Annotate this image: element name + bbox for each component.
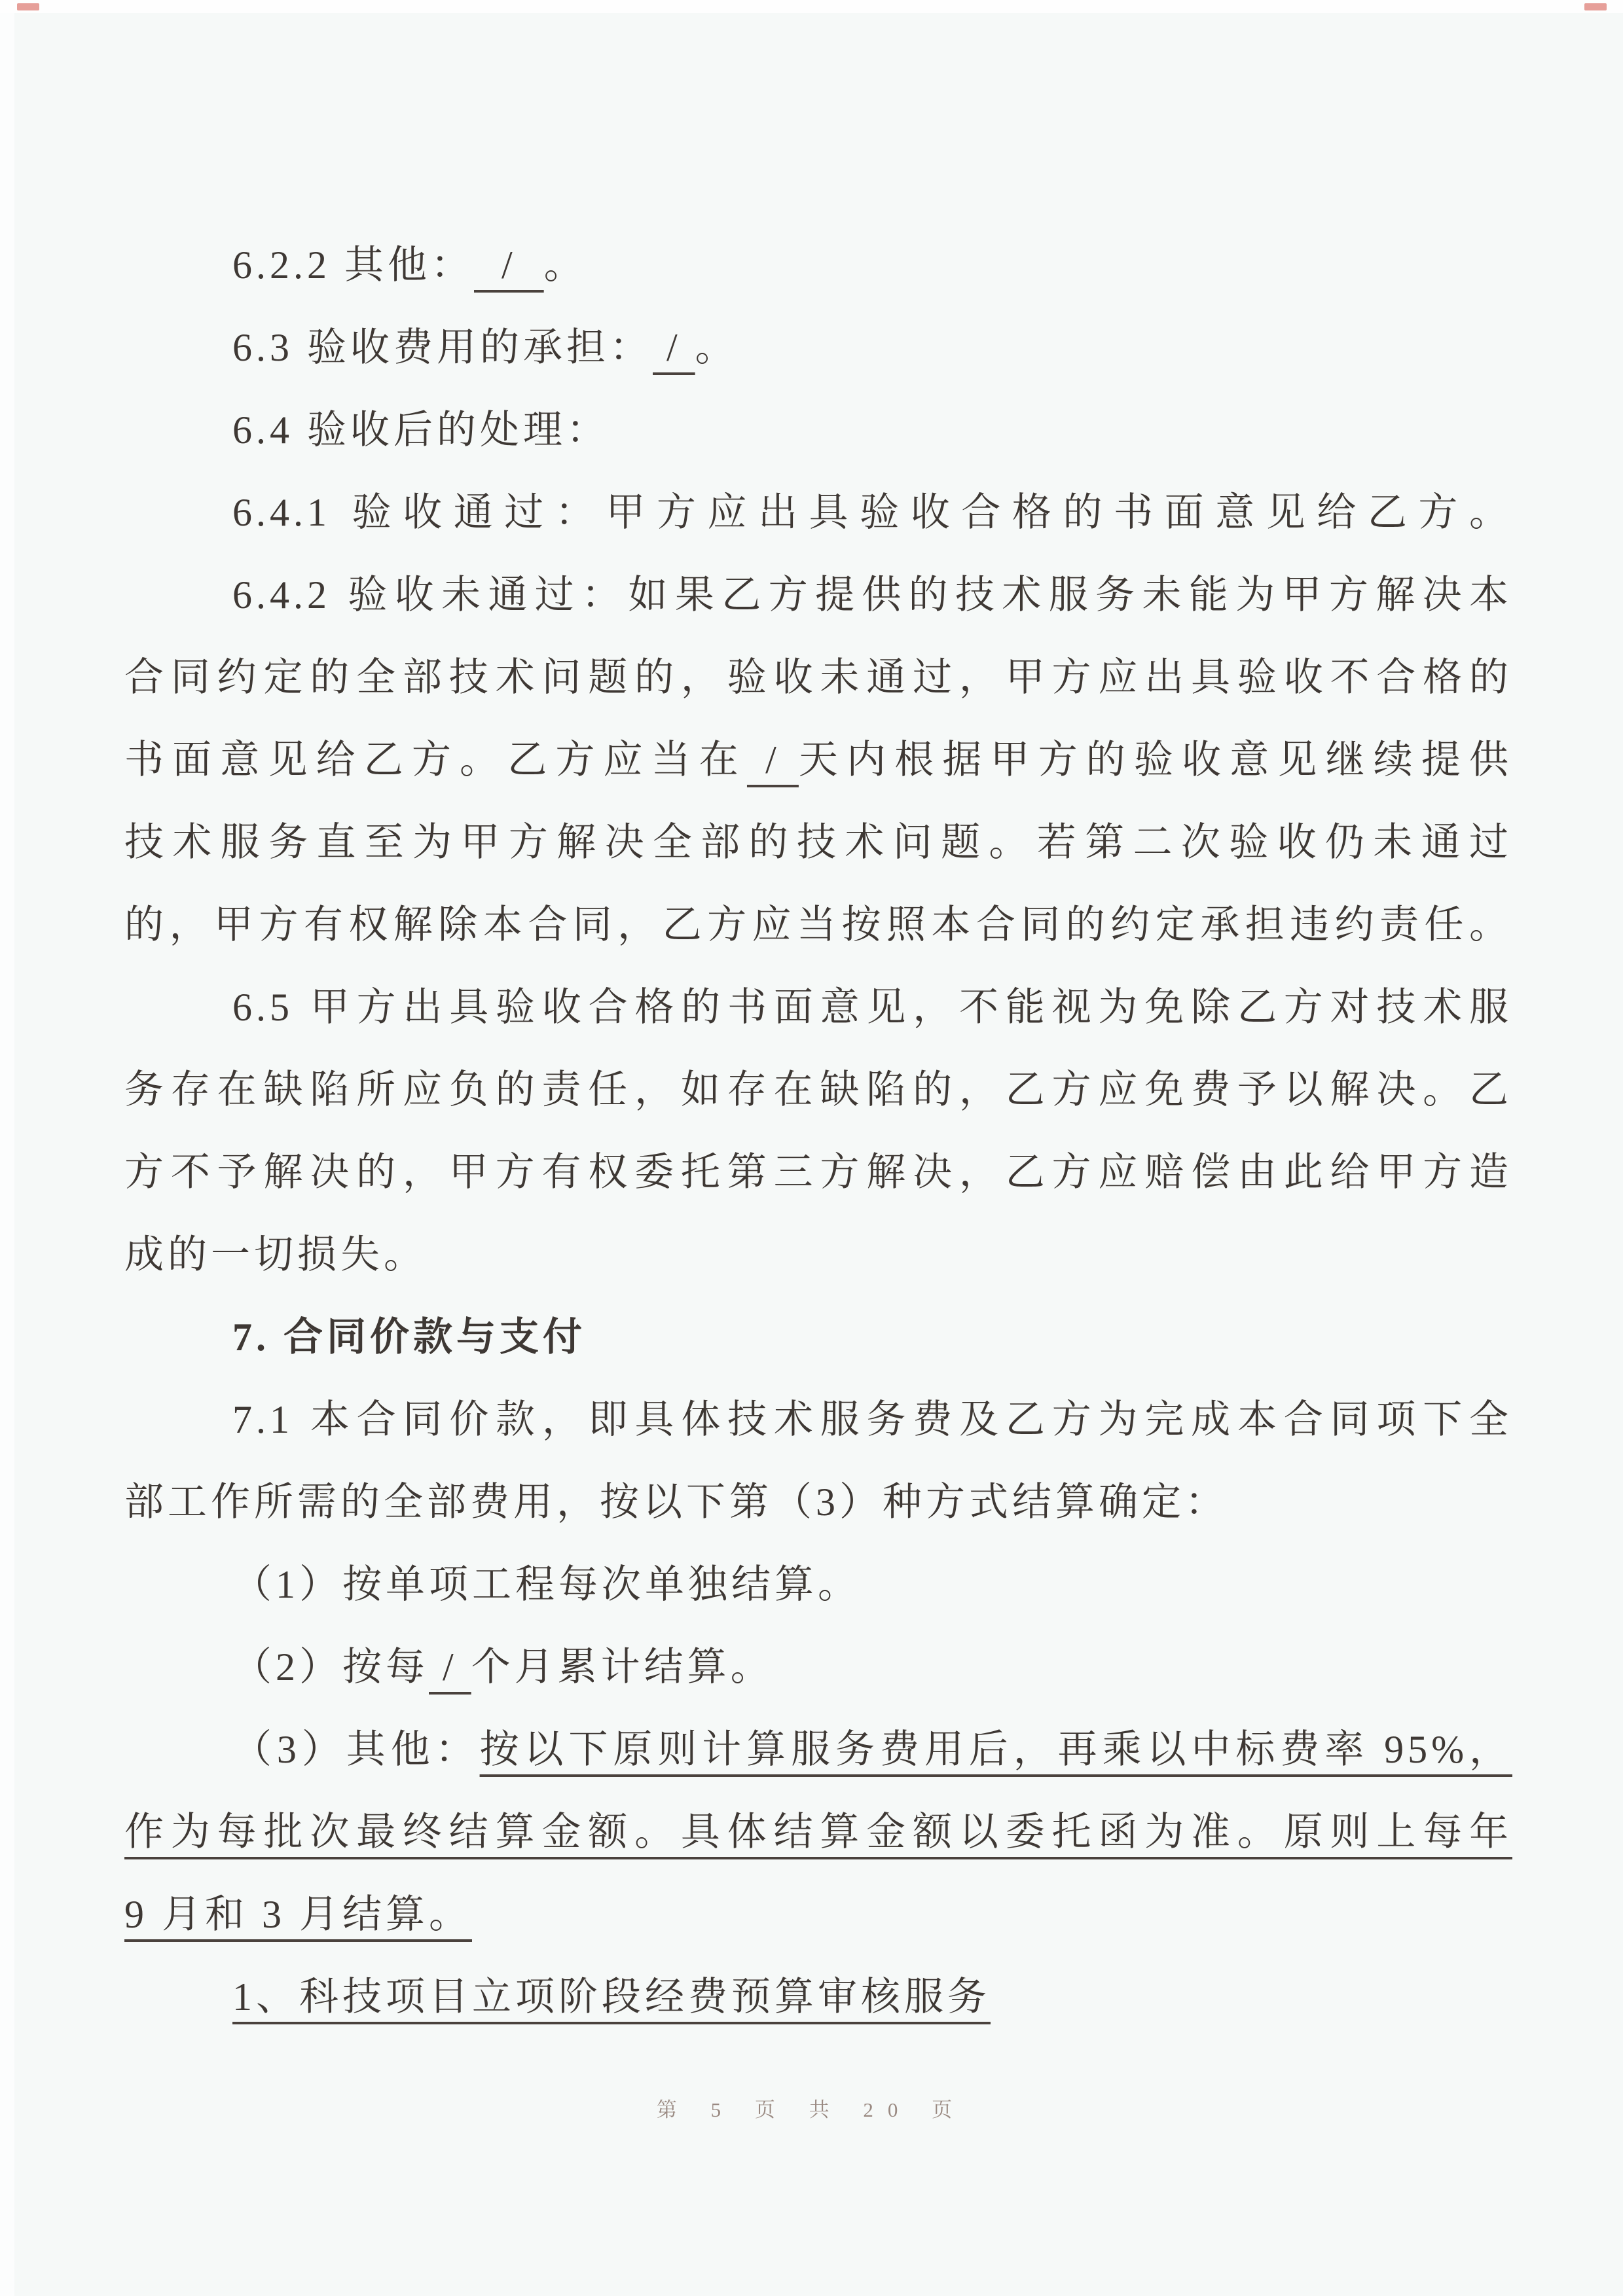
clause-6-5-line-3: 方不予解决的，甲方有权委托第三方解决，乙方应赔偿由此给甲方造: [124, 1131, 1512, 1213]
underlined-text: 作为每批次最终结算金额。具体结算金额以委托函为准。原则上每年: [124, 1810, 1512, 1854]
clause-7-1-line-1: 7.1 本合同价款，即具体技术服务费及乙方为完成本合同项下全: [124, 1378, 1512, 1461]
service-item-1: 1、科技项目立项阶段经费预算审核服务: [124, 1956, 1512, 2038]
text-run: 6.5 甲方出具验收合格的书面意见，不能视为免除乙方对技术服: [232, 986, 1512, 1029]
clause-6-5-line-2: 务存在缺陷所应负的责任，如存在缺陷的，乙方应免费予以解决。乙: [124, 1049, 1512, 1131]
clause-6-3: 6.3 验收费用的承担： / 。: [124, 306, 1512, 389]
scan-edge-left: [0, 0, 14, 2296]
underlined-text: 1、科技项目立项阶段经费预算审核服务: [232, 1975, 991, 2018]
scan-artifact-top-right: [1584, 3, 1607, 10]
underlined-text: /: [653, 326, 695, 369]
option-2: （2）按每 / 个月累计结算。: [124, 1626, 1512, 1708]
scan-edge-top: [0, 0, 1623, 13]
clause-6-4-2-line-3: 书面意见给乙方。乙方应当在 / 天内根据甲方的验收意见继续提供: [124, 719, 1512, 801]
text-run: （1）按单项工程每次单独结算。: [232, 1563, 861, 1606]
clause-6-4-2-line-4: 技术服务直至为甲方解决全部的技术问题。若第二次验收仍未通过: [124, 801, 1512, 884]
underlined-text: /: [747, 738, 799, 781]
clause-6-4: 6.4 验收后的处理：: [124, 389, 1512, 471]
text-run: 务存在缺陷所应负的责任，如存在缺陷的，乙方应免费予以解决。乙: [124, 1068, 1512, 1111]
clause-6-4-2-line-2: 合同约定的全部技术问题的，验收未通过，甲方应出具验收不合格的: [124, 636, 1512, 719]
clause-6-2-2: 6.2.2 其他： / 。: [124, 224, 1512, 306]
text-run: （2）按每: [232, 1645, 429, 1689]
clause-6-5-line-4: 成的一切损失。: [124, 1213, 1512, 1296]
contract-text-block: 6.2.2 其他： / 。6.3 验收费用的承担： / 。6.4 验收后的处理：…: [124, 224, 1512, 2038]
text-run: 方不予解决的，甲方有权委托第三方解决，乙方应赔偿由此给甲方造: [124, 1151, 1512, 1194]
text-run: 6.3 验收费用的承担：: [232, 326, 653, 369]
option-3-line-3: 9 月和 3 月结算。: [124, 1873, 1512, 1956]
clause-6-4-1: 6.4.1 验收通过：甲方应出具验收合格的书面意见给乙方。: [124, 471, 1512, 554]
text-run: 的，甲方有权解除本合同，乙方应当按照本合同的约定承担违约责任。: [124, 903, 1512, 946]
page-number: 第 5 页 共 20 页: [657, 2098, 966, 2121]
underlined-text: /: [474, 243, 544, 287]
text-run: 6.4.2 验收未通过：如果乙方提供的技术服务未能为甲方解决本: [232, 573, 1512, 617]
text-run: 成的一切损失。: [124, 1233, 427, 1276]
clause-7-1-line-2: 部工作所需的全部费用，按以下第（3）种方式结算确定：: [124, 1461, 1512, 1543]
option-3-line-1: （3）其他：按以下原则计算服务费用后，再乘以中标费率 95%，: [124, 1708, 1512, 1791]
clause-6-4-2-line-1: 6.4.2 验收未通过：如果乙方提供的技术服务未能为甲方解决本: [124, 554, 1512, 636]
underlined-text: 按以下原则计算服务费用后，再乘以中标费率 95%，: [480, 1728, 1512, 1771]
text-run: 技术服务直至为甲方解决全部的技术问题。若第二次验收仍未通过: [124, 821, 1512, 864]
scan-artifact-top-left: [17, 3, 39, 10]
clause-6-4-2-line-5: 的，甲方有权解除本合同，乙方应当按照本合同的约定承担违约责任。: [124, 884, 1512, 966]
text-run: （3）其他：: [232, 1728, 480, 1771]
text-run: 个月累计结算。: [471, 1645, 774, 1689]
section-7-heading: 7. 合同价款与支付: [124, 1296, 1512, 1378]
option-1: （1）按单项工程每次单独结算。: [124, 1543, 1512, 1626]
option-3-line-2: 作为每批次最终结算金额。具体结算金额以委托函为准。原则上每年: [124, 1791, 1512, 1873]
text-run: 。: [695, 326, 739, 369]
document-page: 6.2.2 其他： / 。6.3 验收费用的承担： / 。6.4 验收后的处理：…: [0, 0, 1623, 2296]
page-footer: 第 5 页 共 20 页: [0, 2093, 1623, 2132]
text-run: 6.4.1 验收通过：甲方应出具验收合格的书面意见给乙方。: [232, 491, 1512, 534]
underlined-text: /: [429, 1645, 471, 1689]
text-run: 7.1 本合同价款，即具体技术服务费及乙方为完成本合同项下全: [232, 1398, 1512, 1441]
text-run: 合同约定的全部技术问题的，验收未通过，甲方应出具验收不合格的: [124, 656, 1512, 699]
text-run: 7. 合同价款与支付: [232, 1316, 586, 1359]
underlined-text: 9 月和 3 月结算。: [124, 1893, 472, 1936]
text-run: 书面意见给乙方。乙方应当在: [124, 738, 747, 781]
text-run: 。: [544, 243, 587, 287]
clause-6-5-line-1: 6.5 甲方出具验收合格的书面意见，不能视为免除乙方对技术服: [124, 966, 1512, 1049]
text-run: 6.2.2 其他：: [232, 243, 474, 287]
text-run: 6.4 验收后的处理：: [232, 408, 610, 452]
text-run: 部工作所需的全部费用，按以下第（3）种方式结算确定：: [124, 1480, 1228, 1524]
text-run: 天内根据甲方的验收意见继续提供: [799, 738, 1512, 781]
